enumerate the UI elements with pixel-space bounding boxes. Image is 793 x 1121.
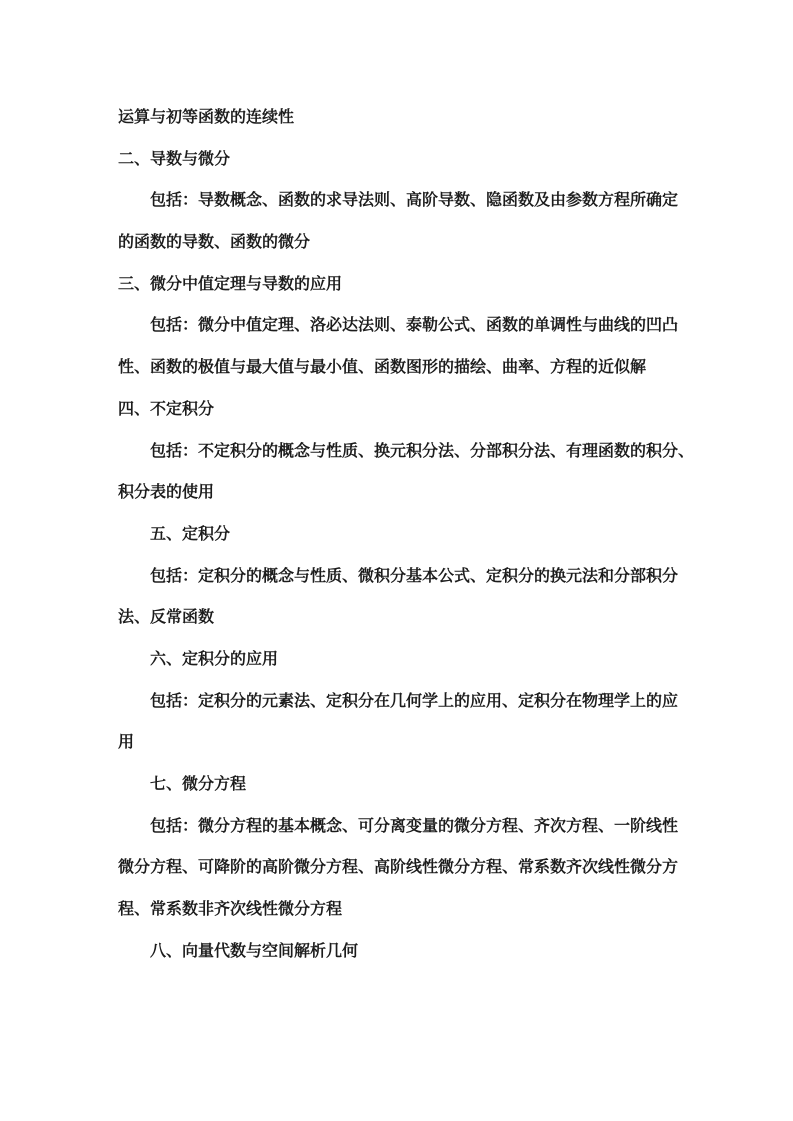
document-line: 二、导数与微分 (118, 139, 678, 181)
document-line: 三、微分中值定理与导数的应用 (118, 264, 678, 306)
document-body: 运算与初等函数的连续性二、导数与微分包括：导数概念、函数的求导法则、高阶导数、隐… (118, 97, 678, 972)
document-line: 包括：不定积分的概念与性质、换元积分法、分部积分法、有理函数的积分、 (118, 431, 678, 473)
document-line: 包括：定积分的元素法、定积分在几何学上的应用、定积分在物理学上的应 (118, 681, 678, 723)
document-line: 运算与初等函数的连续性 (118, 97, 678, 139)
document-line: 性、函数的极值与最大值与最小值、函数图形的描绘、曲率、方程的近似解 (118, 347, 678, 389)
document-line: 五、定积分 (118, 514, 678, 556)
document-line: 法、反常函数 (118, 597, 678, 639)
document-line: 八、向量代数与空间解析几何 (118, 931, 678, 973)
document-line: 包括：微分中值定理、洛必达法则、泰勒公式、函数的单调性与曲线的凹凸 (118, 305, 678, 347)
document-line: 七、微分方程 (118, 764, 678, 806)
document-line: 用 (118, 722, 678, 764)
document-line: 包括：微分方程的基本概念、可分离变量的微分方程、齐次方程、一阶线性 (118, 806, 678, 848)
document-line: 包括：导数概念、函数的求导法则、高阶导数、隐函数及由参数方程所确定 (118, 180, 678, 222)
document-line: 六、定积分的应用 (118, 639, 678, 681)
document-line: 的函数的导数、函数的微分 (118, 222, 678, 264)
document-line: 四、不定积分 (118, 389, 678, 431)
document-line: 积分表的使用 (118, 472, 678, 514)
document-page: 运算与初等函数的连续性二、导数与微分包括：导数概念、函数的求导法则、高阶导数、隐… (0, 0, 793, 1121)
document-line: 包括：定积分的概念与性质、微积分基本公式、定积分的换元法和分部积分 (118, 556, 678, 598)
document-line: 微分方程、可降阶的高阶微分方程、高阶线性微分方程、常系数齐次线性微分方 (118, 847, 678, 889)
document-line: 程、常系数非齐次线性微分方程 (118, 889, 678, 931)
